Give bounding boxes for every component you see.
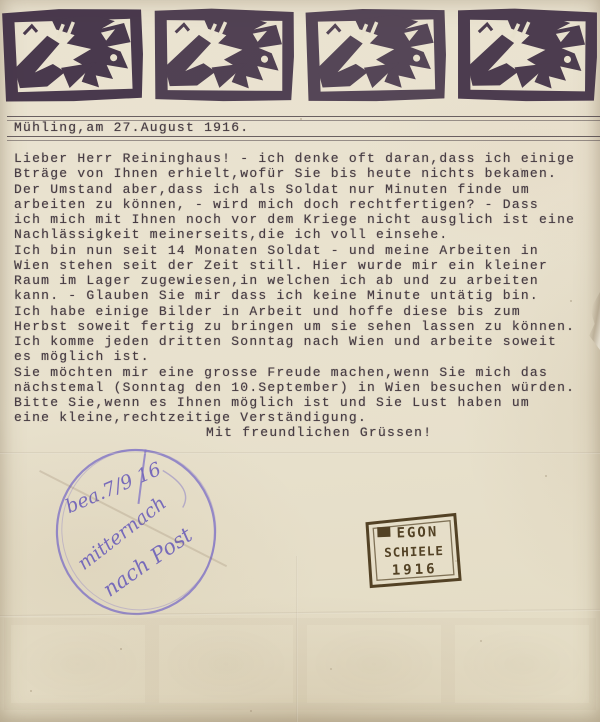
letter-line: ich mich mit Ihnen noch vor dem Kriege n… — [14, 212, 592, 227]
letter-line: Bitte Sie,wenn es Ihnen möglich ist und … — [14, 395, 592, 410]
letter-line: Ich bin nun seit 14 Monaten Soldat - und… — [14, 243, 592, 258]
letter-line: nächstemal (Sonntag den 10.September) in… — [14, 380, 592, 395]
ghost-stamp — [448, 618, 596, 710]
ghost-stamp-impressions — [4, 618, 596, 700]
monogram-stamp: EGON SCHIELE 1916 — [361, 510, 466, 590]
ghost-stamp — [300, 618, 448, 710]
crouching-figure-woodcut-stamp — [153, 4, 297, 106]
typed-rule-under-date — [7, 136, 600, 141]
letter-body: Lieber Herr Reininghaus! - ich denke oft… — [14, 151, 592, 426]
letter-line: Bträge von Ihnen erhielt,wofür Sie bis h… — [14, 166, 592, 181]
letter-line: Herbst soweit fertig zu bringen um sie s… — [14, 319, 592, 334]
letter-line: eine kleine,rechtzeitige Verständigung. — [14, 410, 592, 425]
monogram-line-1: EGON — [396, 524, 438, 541]
letter-line: arbeiten zu können, - wird mich doch rec… — [14, 197, 592, 212]
woodcut-stamp-row — [2, 5, 598, 107]
letter-scan: Mühling,am 27.August 1916. Lieber Herr R… — [0, 0, 600, 722]
vertical-fold-line — [296, 556, 298, 722]
letter-line: es möglich ist. — [14, 349, 592, 364]
dateline: Mühling,am 27.August 1916. — [14, 119, 249, 136]
letter-line: Nachlässigkeit meinerseits,die ich voll … — [14, 227, 592, 242]
monogram-line-3: 1916 — [392, 561, 438, 579]
paper-specks — [0, 0, 2, 2]
letter-line: Der Umstand aber,dass ich als Soldat nur… — [14, 182, 592, 197]
letter-line: Sie möchten mir eine grosse Freude mache… — [14, 365, 592, 380]
letter-line: Ich habe einige Bilder in Arbeit und hof… — [14, 304, 592, 319]
postmark-stamp: bea.7/9 16 mitternach nach Post — [41, 439, 230, 626]
horizontal-fold-line — [0, 452, 600, 454]
letter-line: kann. - Glauben Sie mir dass ich keine M… — [14, 288, 592, 303]
letter-line: Ich komme jeden dritten Sonntag nach Wie… — [14, 334, 592, 349]
crouching-figure-woodcut-stamp — [1, 4, 145, 107]
letter-line: Wien stehen seit der Zeit still. Hier wu… — [14, 258, 592, 273]
crouching-figure-woodcut-stamp — [304, 4, 447, 105]
ghost-stamp — [152, 618, 300, 710]
letter-line: Raum im Lager zugewiesen,in welchen ich … — [14, 273, 592, 288]
monogram-line-2: SCHIELE — [384, 543, 444, 560]
letter-line: Lieber Herr Reininghaus! - ich denke oft… — [14, 151, 592, 166]
closing-line: Mit freundlichen Grüssen! — [206, 425, 432, 440]
crouching-figure-woodcut-stamp — [455, 3, 599, 106]
ghost-stamp — [4, 618, 152, 710]
